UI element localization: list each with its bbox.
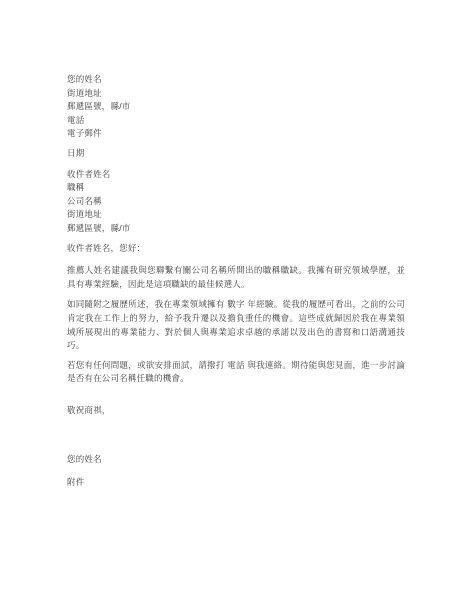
body-paragraph-1: 推薦人姓名建議我與您聯繫有關公司名稱所開出的職稱職缺。我擁有研究領域學歷，並具有… [67, 264, 405, 291]
letter-page: 您的姓名 街道地址 郵遞區號，縣/市 電話 電子郵件 日期 收件者姓名 職稱 公… [0, 0, 462, 600]
date-line: 日期 [67, 147, 405, 161]
signature-name: 您的姓名 [67, 453, 405, 467]
sender-street: 街道地址 [67, 87, 405, 101]
body-paragraph-2: 如同隨附之履歷所述，我在專業領域擁有 數字 年經驗。從我的履歷可看出，之前的公司… [67, 298, 405, 352]
recipient-address-block: 收件者姓名 職稱 公司名稱 街道地址 郵遞區號，縣/市 [67, 168, 405, 236]
enclosure-line: 附件 [67, 476, 405, 490]
recipient-job-title: 職稱 [67, 181, 405, 195]
body-paragraph-3: 若您有任何問題，或欲安排面試，請撥打 電話 與我連絡。期待能與您見面，進一步討論… [67, 359, 405, 386]
sender-address-block: 您的姓名 街道地址 郵遞區號，縣/市 電話 電子郵件 [67, 73, 405, 141]
sender-email: 電子郵件 [67, 127, 405, 141]
recipient-street: 街道地址 [67, 208, 405, 222]
recipient-company: 公司名稱 [67, 195, 405, 209]
sender-name: 您的姓名 [67, 73, 405, 87]
salutation-line: 收件者姓名，您好： [67, 242, 405, 256]
sender-phone: 電話 [67, 114, 405, 128]
recipient-name: 收件者姓名 [67, 168, 405, 182]
recipient-postal-city: 郵遞區號，縣/市 [67, 222, 405, 236]
letter-content: 您的姓名 街道地址 郵遞區號，縣/市 電話 電子郵件 日期 收件者姓名 職稱 公… [67, 73, 405, 490]
sender-postal-city: 郵遞區號，縣/市 [67, 100, 405, 114]
closing-line: 敬祝商祺， [67, 404, 405, 418]
